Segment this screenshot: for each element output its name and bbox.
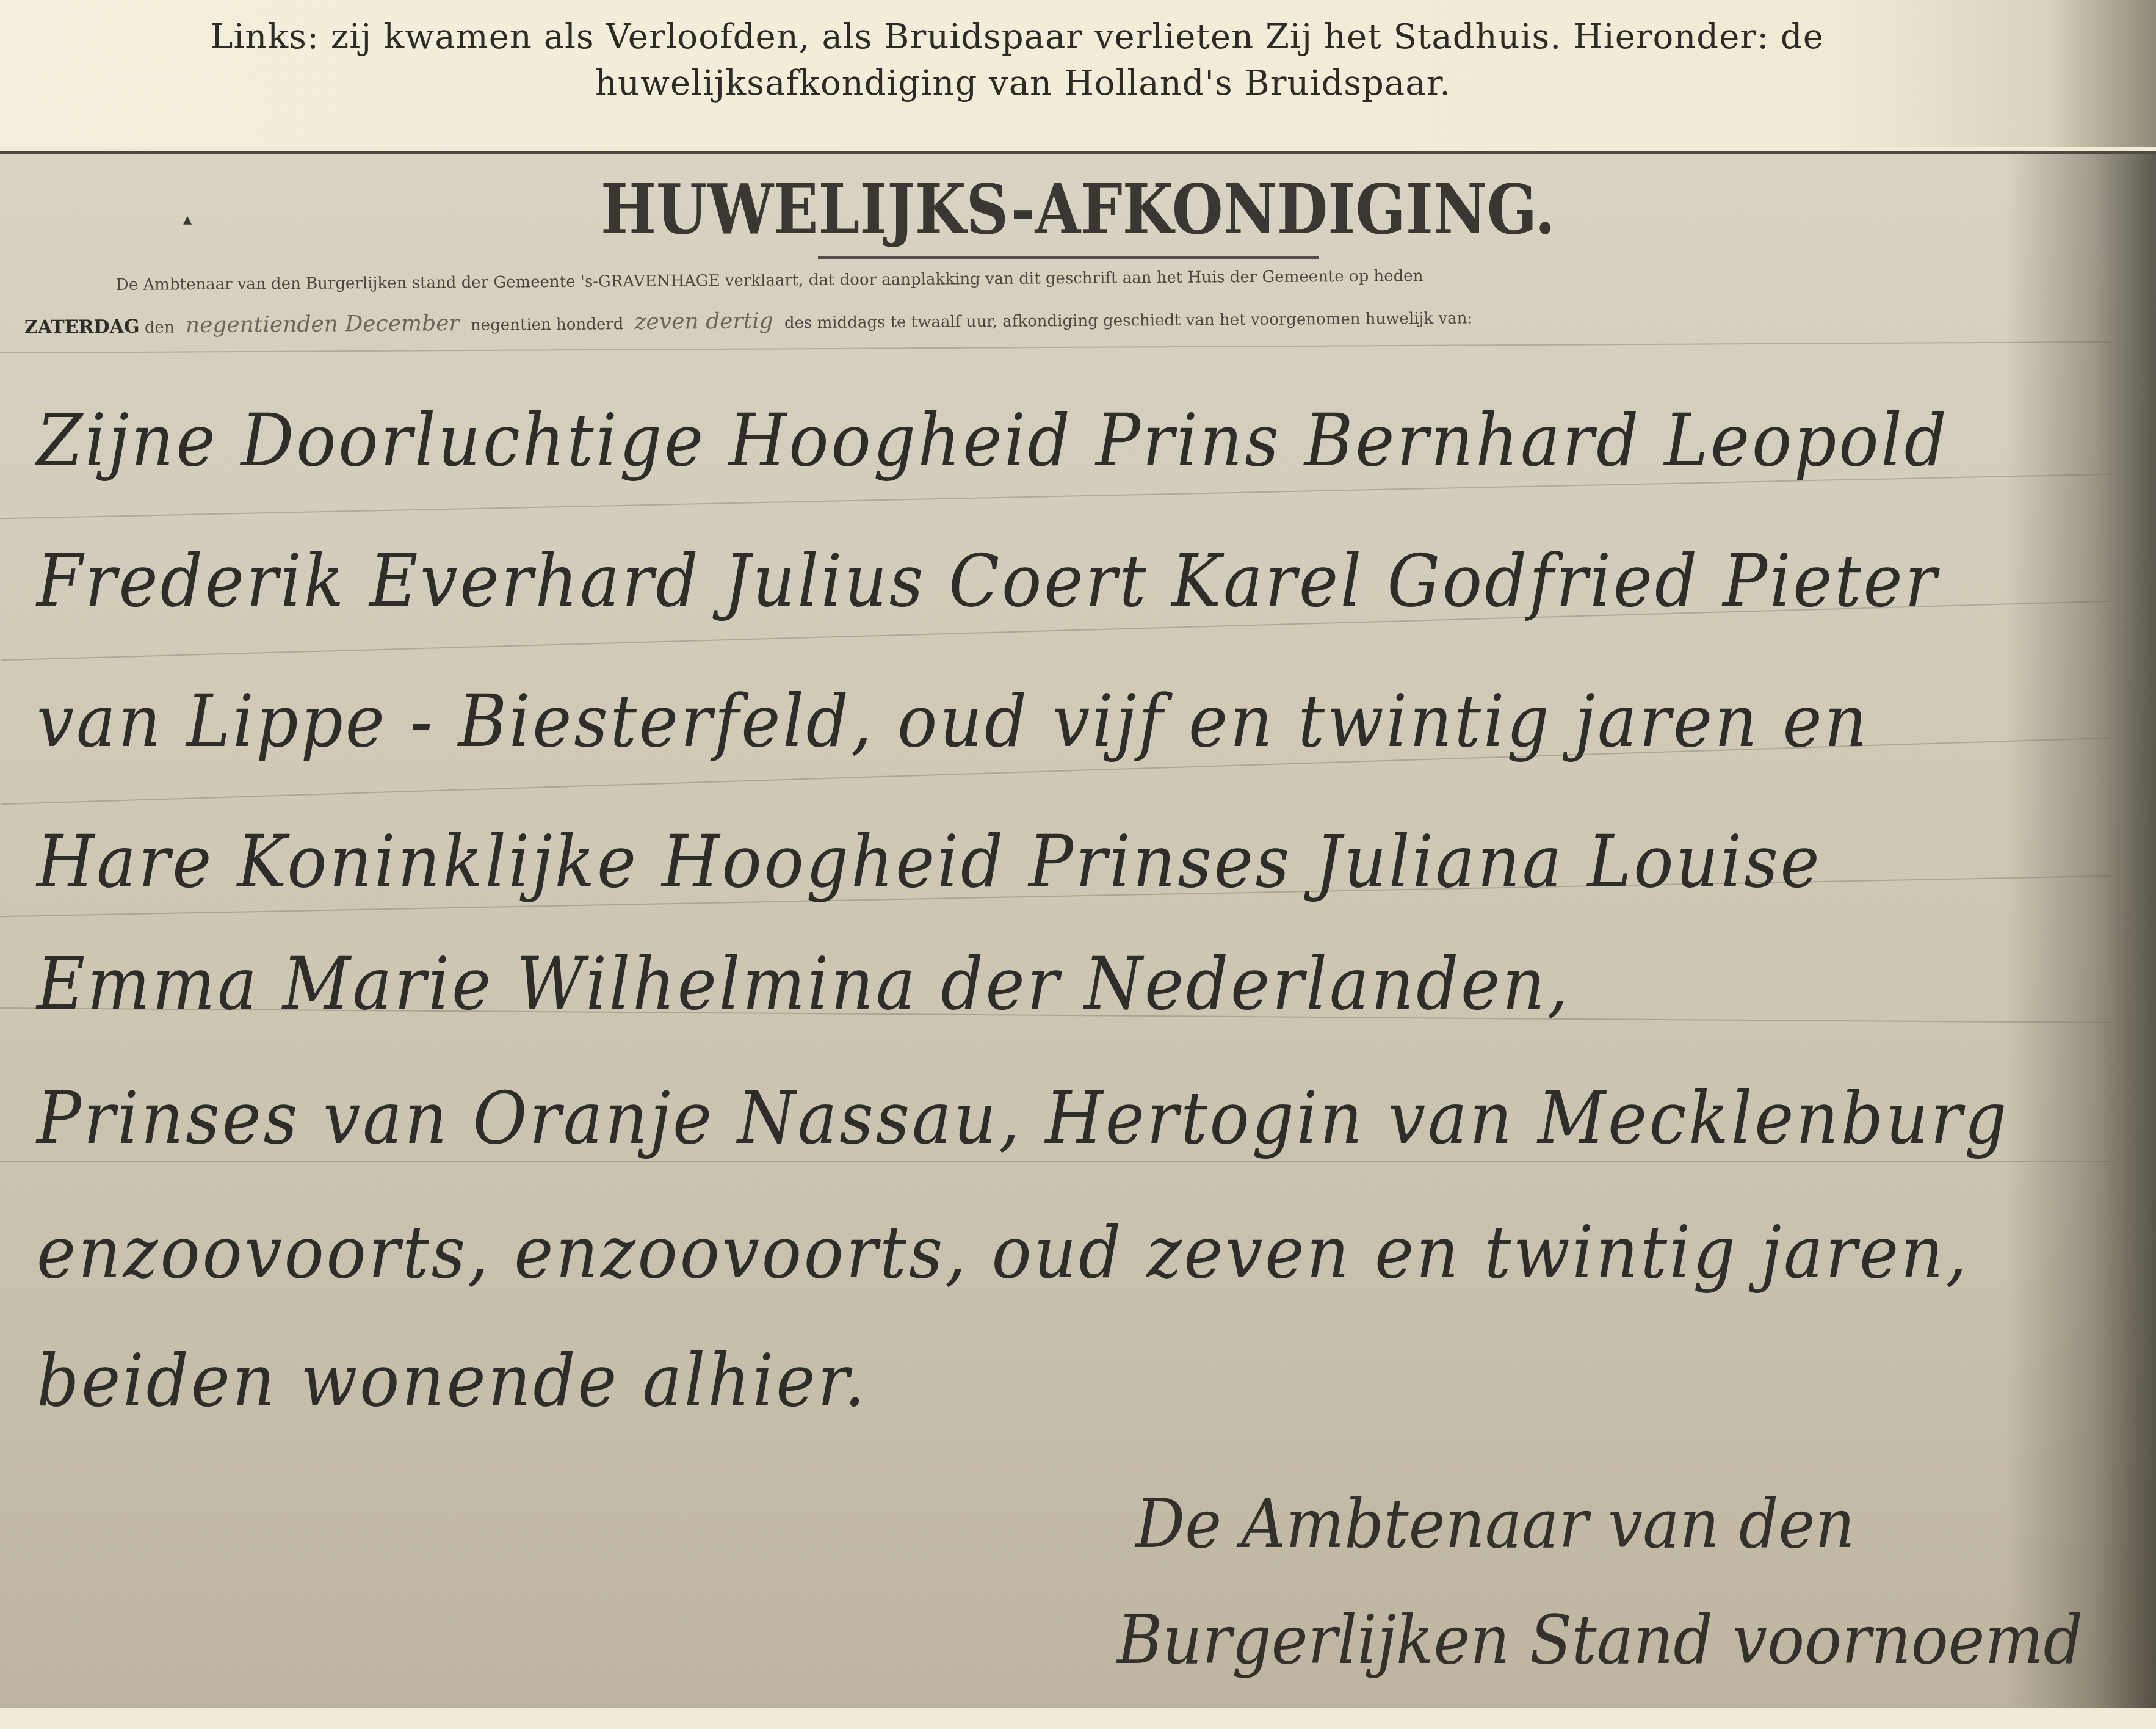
title-underline	[818, 256, 1319, 259]
declaration-year-prefix: negentien honderd	[471, 315, 624, 335]
ruled-line	[0, 341, 2112, 353]
declaration-den: den	[145, 318, 175, 336]
marriage-announcement-document: HUWELIJKS-AFKONDIGING. ▴ De Ambtenaar va…	[0, 151, 2156, 1711]
declaration-line-2: ZATERDAG den negentienden December negen…	[24, 299, 2156, 339]
handwritten-line-7: enzoovoorts, enzoovoorts, oud zeven en t…	[37, 1210, 1969, 1294]
ruled-line	[0, 1161, 2112, 1162]
declaration-rest: des middags te twaalf uur, afkondiging g…	[784, 309, 1473, 332]
declaration-text: De Ambtenaar van den Burgerlijken stand …	[116, 267, 1423, 294]
signature-line-1: De Ambtenaar van den	[1135, 1485, 1855, 1563]
declaration-day: ZATERDAG	[24, 316, 140, 338]
document-title: HUWELIJKS-AFKONDIGING.	[151, 170, 2005, 250]
handwritten-line-1: Zijne Doorluchtige Hoogheid Prins Bernha…	[37, 398, 1949, 482]
handwritten-year: zeven dertig	[634, 308, 773, 335]
handwritten-line-2: Frederik Everhard Julius Coert Karel God…	[37, 538, 1939, 623]
page-bottom-margin	[0, 1708, 2156, 1729]
handwritten-line-3: van Lippe - Biesterfeld, oud vijf en twi…	[37, 679, 1869, 763]
caption-line-1: Links: zij kwamen als Verloofden, als Br…	[0, 17, 2095, 57]
page-caption: Links: zij kwamen als Verloofden, als Br…	[0, 0, 2156, 147]
declaration-line-1: De Ambtenaar van den Burgerlijken stand …	[116, 261, 2156, 294]
ink-mark: ▴	[183, 209, 192, 229]
handwritten-date: negentienden December	[186, 311, 460, 338]
handwritten-line-8: beiden wonende alhier.	[37, 1338, 867, 1423]
handwritten-line-6: Prinses van Oranje Nassau, Hertogin van …	[37, 1076, 2009, 1160]
handwritten-line-5: Emma Marie Wilhelmina der Nederlanden,	[37, 941, 1571, 1026]
caption-line-2: huwelijksafkondiging van Holland's Bruid…	[0, 63, 2101, 103]
handwritten-line-4: Hare Koninklijke Hoogheid Prinses Julian…	[37, 819, 1822, 904]
signature-line-2: Burgerlijken Stand voornoemd	[1117, 1601, 2083, 1679]
